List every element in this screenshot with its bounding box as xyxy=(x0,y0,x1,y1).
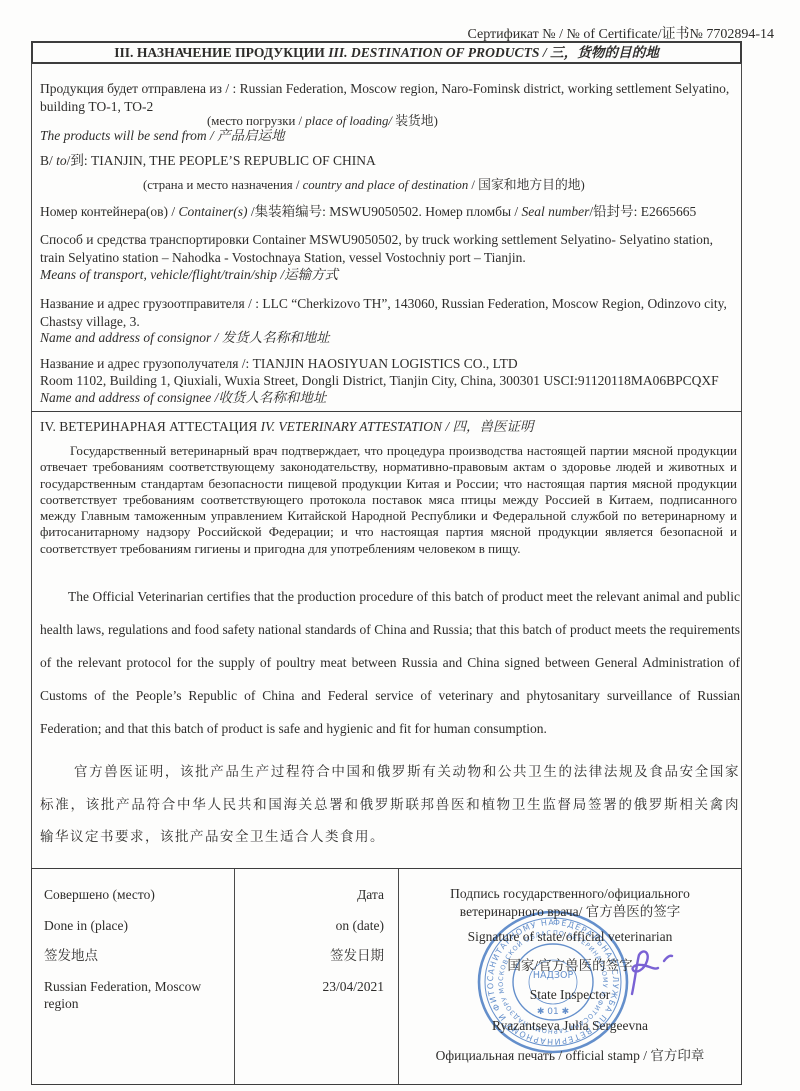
stamp-number: ✱ 01 ✱ xyxy=(537,1007,569,1017)
destination-line: В/ to/到: TIANJIN, THE PEOPLE’S REPUBLIC … xyxy=(40,152,376,170)
consignor-caption: Name and address of consignor / 发货人名称和地址 xyxy=(40,329,330,347)
inspector-name: Ryazantseva Julia Sergeevna xyxy=(407,1017,733,1035)
transport-caption: Means of transport, vehicle/flight/train… xyxy=(40,266,338,284)
date-en: on (date) xyxy=(243,917,384,935)
done-in-ru: Совершено (место) xyxy=(44,886,224,904)
signature-label-zh: 国家/官方兽医的签字 xyxy=(407,957,733,975)
date-zh: 签发日期 xyxy=(243,947,384,965)
done-in-en: Done in (place) xyxy=(44,917,224,935)
signature-label-en: Signature of state/official veterinarian xyxy=(407,928,733,946)
section3-title-ru: III. НАЗНАЧЕНИЕ ПРОДУКЦИИ xyxy=(114,45,328,60)
attestation-chinese: 官方兽医证明，该批产品生产过程符合中国和俄罗斯有关动物和公共卫生的法律法规及食品… xyxy=(40,756,740,854)
certificate-page: Сертификат № / № of Certificate/证书№ 7702… xyxy=(0,0,800,1091)
date-cell: Дата on (date) 签发日期 23/04/2021 xyxy=(234,869,398,1084)
consignee-line2: Room 1102, Building 1, Qiuxiali, Wuxia S… xyxy=(40,372,719,390)
section3-title-box: III. НАЗНАЧЕНИЕ ПРОДУКЦИИ III. DESTINATI… xyxy=(31,41,742,64)
attestation-english: The Official Veterinarian certifies that… xyxy=(40,580,740,745)
consignee-line1: Название и адрес грузополучателя /: TIAN… xyxy=(40,355,518,373)
certificate-number: Сертификат № / № of Certificate/证书№ 7702… xyxy=(0,23,774,43)
consignor-line: Название и адрес грузоотправителя / : LL… xyxy=(40,295,740,330)
transport-line: Способ и средства транспортировки Contai… xyxy=(40,231,740,266)
done-in-value: Russian Federation, Moscow region xyxy=(44,978,224,1013)
done-in-zh: 签发地点 xyxy=(44,947,224,965)
destination-caption: (страна и место назначения / country and… xyxy=(143,174,585,193)
consignee-caption: Name and address of consignee /收货人名称和地址 xyxy=(40,389,326,407)
handwritten-signature xyxy=(620,946,680,1000)
section3-title-en: III. DESTINATION OF PRODUCTS / 三，货物的目的地 xyxy=(328,45,659,60)
done-in-cell: Совершено (место) Done in (place) 签发地点 R… xyxy=(32,869,234,1084)
attestation-russian: Государственный ветеринарный врач подтве… xyxy=(40,443,737,557)
container-seal-line: Номер контейнера(ов) / Container(s) /集装箱… xyxy=(40,203,696,221)
official-stamp-caption: Официальная печать / official stamp / 官方… xyxy=(407,1047,733,1065)
date-ru: Дата xyxy=(243,886,384,904)
origin-caption: The products will be send from / 产品启运地 xyxy=(40,127,285,145)
inspector-title: State Inspector xyxy=(407,986,733,1004)
date-value: 23/04/2021 xyxy=(243,978,384,996)
section4-title: IV. ВЕТЕРИНАРНАЯ АТТЕСТАЦИЯ IV. VETERINA… xyxy=(40,418,534,436)
section4-divider xyxy=(31,411,742,412)
signature-label-ru: Подпись государственного/официального ве… xyxy=(407,885,733,920)
